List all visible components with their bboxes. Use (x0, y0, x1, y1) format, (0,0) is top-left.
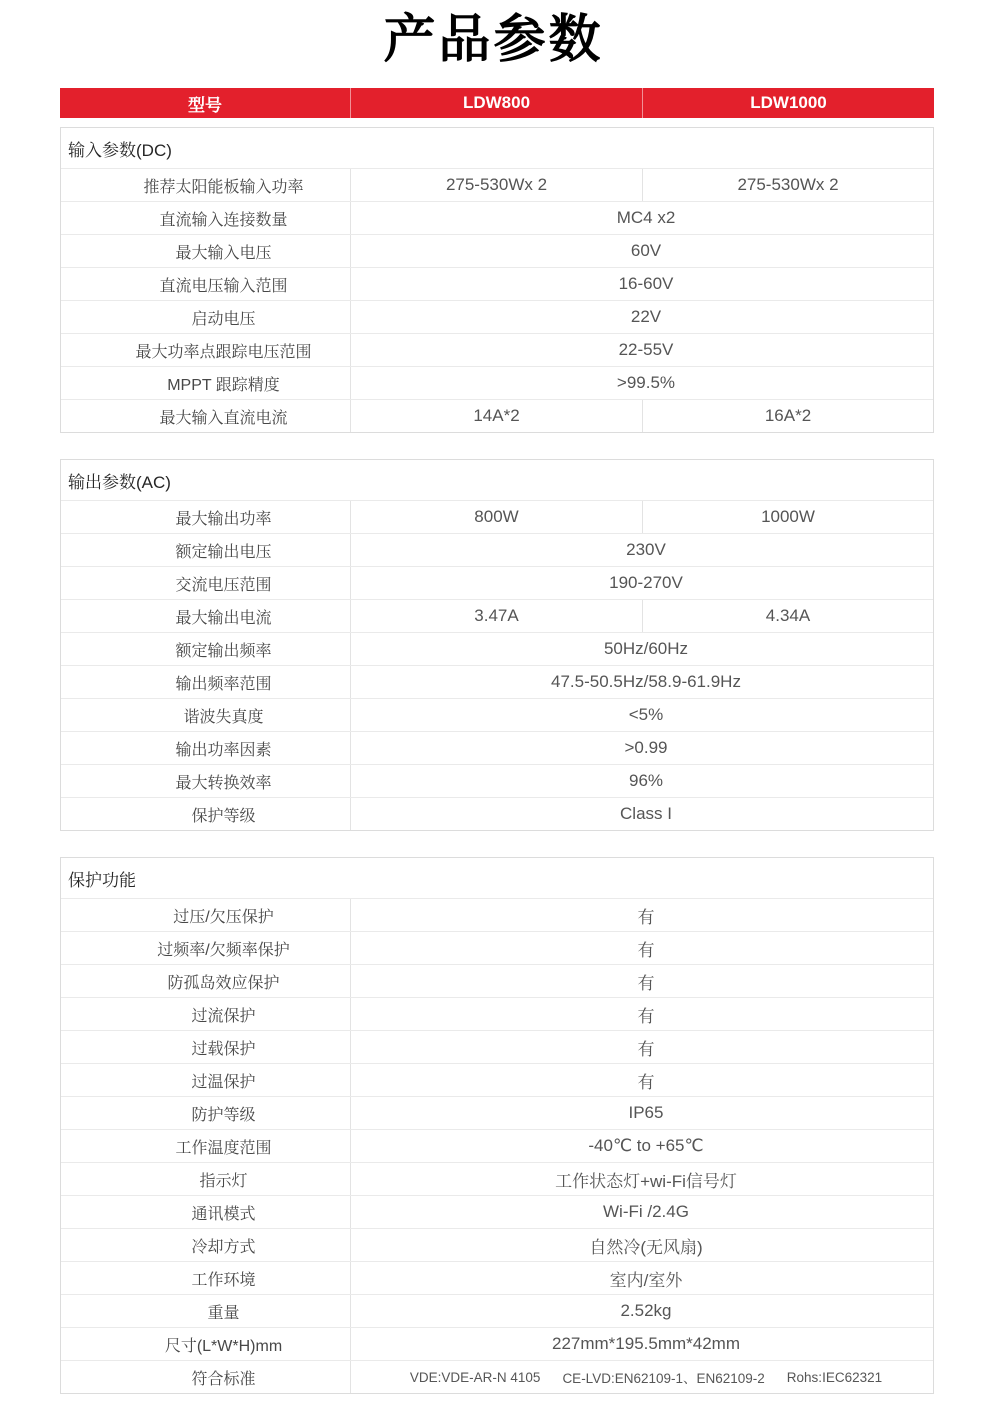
spec-label: 最大输入电压 (61, 235, 351, 267)
spec-label: MPPT 跟踪精度 (61, 367, 351, 399)
table-row: 最大功率点跟踪电压范围22-55V (61, 333, 933, 366)
spec-label: 防护等级 (61, 1097, 351, 1129)
spec-value: 有 (351, 932, 933, 964)
spec-value: 工作状态灯+wi-Fi信号灯 (351, 1163, 933, 1195)
spec-value: 14A*2 (351, 400, 643, 432)
table-row: 最大输入直流电流14A*216A*2 (61, 399, 933, 432)
spec-label: 过流保护 (61, 998, 351, 1030)
spec-label: 最大功率点跟踪电压范围 (61, 334, 351, 366)
spec-label: 工作环境 (61, 1262, 351, 1294)
spec-value: 1000W (643, 501, 933, 533)
spec-value: Class I (351, 798, 933, 830)
spec-value: 50Hz/60Hz (351, 633, 933, 665)
table-row: 过温保护有 (61, 1063, 933, 1096)
table-row: 重量2.52kg (61, 1294, 933, 1327)
spec-section-0: 输入参数(DC)推荐太阳能板输入功率275-530Wx 2275-530Wx 2… (60, 127, 934, 433)
table-row: 输出功率因素>0.99 (61, 731, 933, 764)
table-row: 指示灯工作状态灯+wi-Fi信号灯 (61, 1162, 933, 1195)
standard-item: CE-LVD:EN62109-1、EN62109-2 (562, 1367, 764, 1387)
spec-value: MC4 x2 (351, 202, 933, 234)
section-title: 输入参数(DC) (61, 128, 933, 168)
spec-label: 最大输出电流 (61, 600, 351, 632)
spec-label: 最大转换效率 (61, 765, 351, 797)
spec-label: 额定输出电压 (61, 534, 351, 566)
product-spec-page: 产品参数 型号 LDW800 LDW1000 输入参数(DC)推荐太阳能板输入功… (0, 0, 987, 1404)
page-title: 产品参数 (0, 0, 987, 76)
table-row: 谐波失真度<5% (61, 698, 933, 731)
spec-value: 190-270V (351, 567, 933, 599)
spec-value: 有 (351, 965, 933, 997)
table-row: 额定输出频率50Hz/60Hz (61, 632, 933, 665)
table-row: 过压/欠压保护有 (61, 898, 933, 931)
spec-label: 过载保护 (61, 1031, 351, 1063)
spec-value: 230V (351, 534, 933, 566)
spec-label: 交流电压范围 (61, 567, 351, 599)
table-row: 推荐太阳能板输入功率275-530Wx 2275-530Wx 2 (61, 168, 933, 201)
spec-label: 过压/欠压保护 (61, 899, 351, 931)
standard-item: Rohs:IEC62321 (787, 1370, 882, 1385)
spec-value: >0.99 (351, 732, 933, 764)
spec-label: 重量 (61, 1295, 351, 1327)
table-row: 直流输入连接数量MC4 x2 (61, 201, 933, 234)
spec-value: 60V (351, 235, 933, 267)
spec-label: 输出功率因素 (61, 732, 351, 764)
spec-label: 输出频率范围 (61, 666, 351, 698)
table-row: 最大输出功率800W1000W (61, 500, 933, 533)
model-header-ldw800: LDW800 (350, 88, 642, 118)
table-row: 交流电压范围190-270V (61, 566, 933, 599)
spec-label: 推荐太阳能板输入功率 (61, 169, 351, 201)
standard-item: VDE:VDE-AR-N 4105 (410, 1370, 541, 1385)
table-row: 过流保护有 (61, 997, 933, 1030)
spec-value: IP65 (351, 1097, 933, 1129)
table-row: 额定输出电压230V (61, 533, 933, 566)
model-header-label: 型号 (60, 88, 350, 118)
spec-section-1: 输出参数(AC)最大输出功率800W1000W额定输出电压230V交流电压范围1… (60, 459, 934, 831)
spec-value: 800W (351, 501, 643, 533)
spec-value: 4.34A (643, 600, 933, 632)
spec-value: <5% (351, 699, 933, 731)
spec-value: 自然冷(无风扇) (351, 1229, 933, 1261)
spec-table: 型号 LDW800 LDW1000 输入参数(DC)推荐太阳能板输入功率275-… (60, 88, 934, 1394)
spec-label: 防孤岛效应保护 (61, 965, 351, 997)
spec-value: 有 (351, 899, 933, 931)
spec-value: 47.5-50.5Hz/58.9-61.9Hz (351, 666, 933, 698)
spec-value: 22-55V (351, 334, 933, 366)
spec-label: 指示灯 (61, 1163, 351, 1195)
spec-label: 最大输出功率 (61, 501, 351, 533)
table-row: 最大输入电压60V (61, 234, 933, 267)
table-row: 尺寸(L*W*H)mm227mm*195.5mm*42mm (61, 1327, 933, 1360)
spec-value: 22V (351, 301, 933, 333)
section-title: 输出参数(AC) (61, 460, 933, 500)
spec-value: 2.52kg (351, 1295, 933, 1327)
model-header-row: 型号 LDW800 LDW1000 (60, 88, 934, 118)
model-header-ldw1000: LDW1000 (642, 88, 934, 118)
spec-value: -40℃ to +65℃ (351, 1130, 933, 1162)
table-row: 防孤岛效应保护有 (61, 964, 933, 997)
table-row: 工作环境室内/室外 (61, 1261, 933, 1294)
spec-value: 3.47A (351, 600, 643, 632)
table-row: 输出频率范围47.5-50.5Hz/58.9-61.9Hz (61, 665, 933, 698)
spec-value: 227mm*195.5mm*42mm (351, 1328, 933, 1360)
spec-label: 通讯模式 (61, 1196, 351, 1228)
spec-value: >99.5% (351, 367, 933, 399)
spec-label: 工作温度范围 (61, 1130, 351, 1162)
spec-value: 有 (351, 1064, 933, 1096)
table-row: 防护等级IP65 (61, 1096, 933, 1129)
spec-value: 有 (351, 998, 933, 1030)
spec-label: 尺寸(L*W*H)mm (61, 1328, 351, 1360)
spec-sections: 输入参数(DC)推荐太阳能板输入功率275-530Wx 2275-530Wx 2… (60, 127, 934, 1394)
spec-value: 275-530Wx 2 (351, 169, 643, 201)
table-row: 最大转换效率96% (61, 764, 933, 797)
section-title: 保护功能 (61, 858, 933, 898)
table-row: 直流电压输入范围16-60V (61, 267, 933, 300)
spec-label: 额定输出频率 (61, 633, 351, 665)
spec-label: 过频率/欠频率保护 (61, 932, 351, 964)
table-row: 符合标准VDE:VDE-AR-N 4105CE-LVD:EN62109-1、EN… (61, 1360, 933, 1393)
table-row: 过频率/欠频率保护有 (61, 931, 933, 964)
spec-label: 直流输入连接数量 (61, 202, 351, 234)
table-row: MPPT 跟踪精度>99.5% (61, 366, 933, 399)
spec-value: VDE:VDE-AR-N 4105CE-LVD:EN62109-1、EN6210… (351, 1361, 933, 1393)
spec-label: 谐波失真度 (61, 699, 351, 731)
spec-value: 16A*2 (643, 400, 933, 432)
spec-label: 保护等级 (61, 798, 351, 830)
spec-section-2: 保护功能过压/欠压保护有过频率/欠频率保护有防孤岛效应保护有过流保护有过载保护有… (60, 857, 934, 1394)
table-row: 启动电压22V (61, 300, 933, 333)
spec-value: Wi-Fi /2.4G (351, 1196, 933, 1228)
table-row: 通讯模式Wi-Fi /2.4G (61, 1195, 933, 1228)
spec-value: 16-60V (351, 268, 933, 300)
spec-label: 最大输入直流电流 (61, 400, 351, 432)
spec-label: 冷却方式 (61, 1229, 351, 1261)
spec-label: 启动电压 (61, 301, 351, 333)
spec-value: 有 (351, 1031, 933, 1063)
spec-value: 96% (351, 765, 933, 797)
table-row: 冷却方式自然冷(无风扇) (61, 1228, 933, 1261)
spec-label: 直流电压输入范围 (61, 268, 351, 300)
spec-label: 符合标准 (61, 1361, 351, 1393)
spec-label: 过温保护 (61, 1064, 351, 1096)
table-row: 保护等级Class I (61, 797, 933, 830)
table-row: 最大输出电流3.47A4.34A (61, 599, 933, 632)
table-row: 工作温度范围-40℃ to +65℃ (61, 1129, 933, 1162)
table-row: 过载保护有 (61, 1030, 933, 1063)
spec-value: 室内/室外 (351, 1262, 933, 1294)
spec-value: 275-530Wx 2 (643, 169, 933, 201)
